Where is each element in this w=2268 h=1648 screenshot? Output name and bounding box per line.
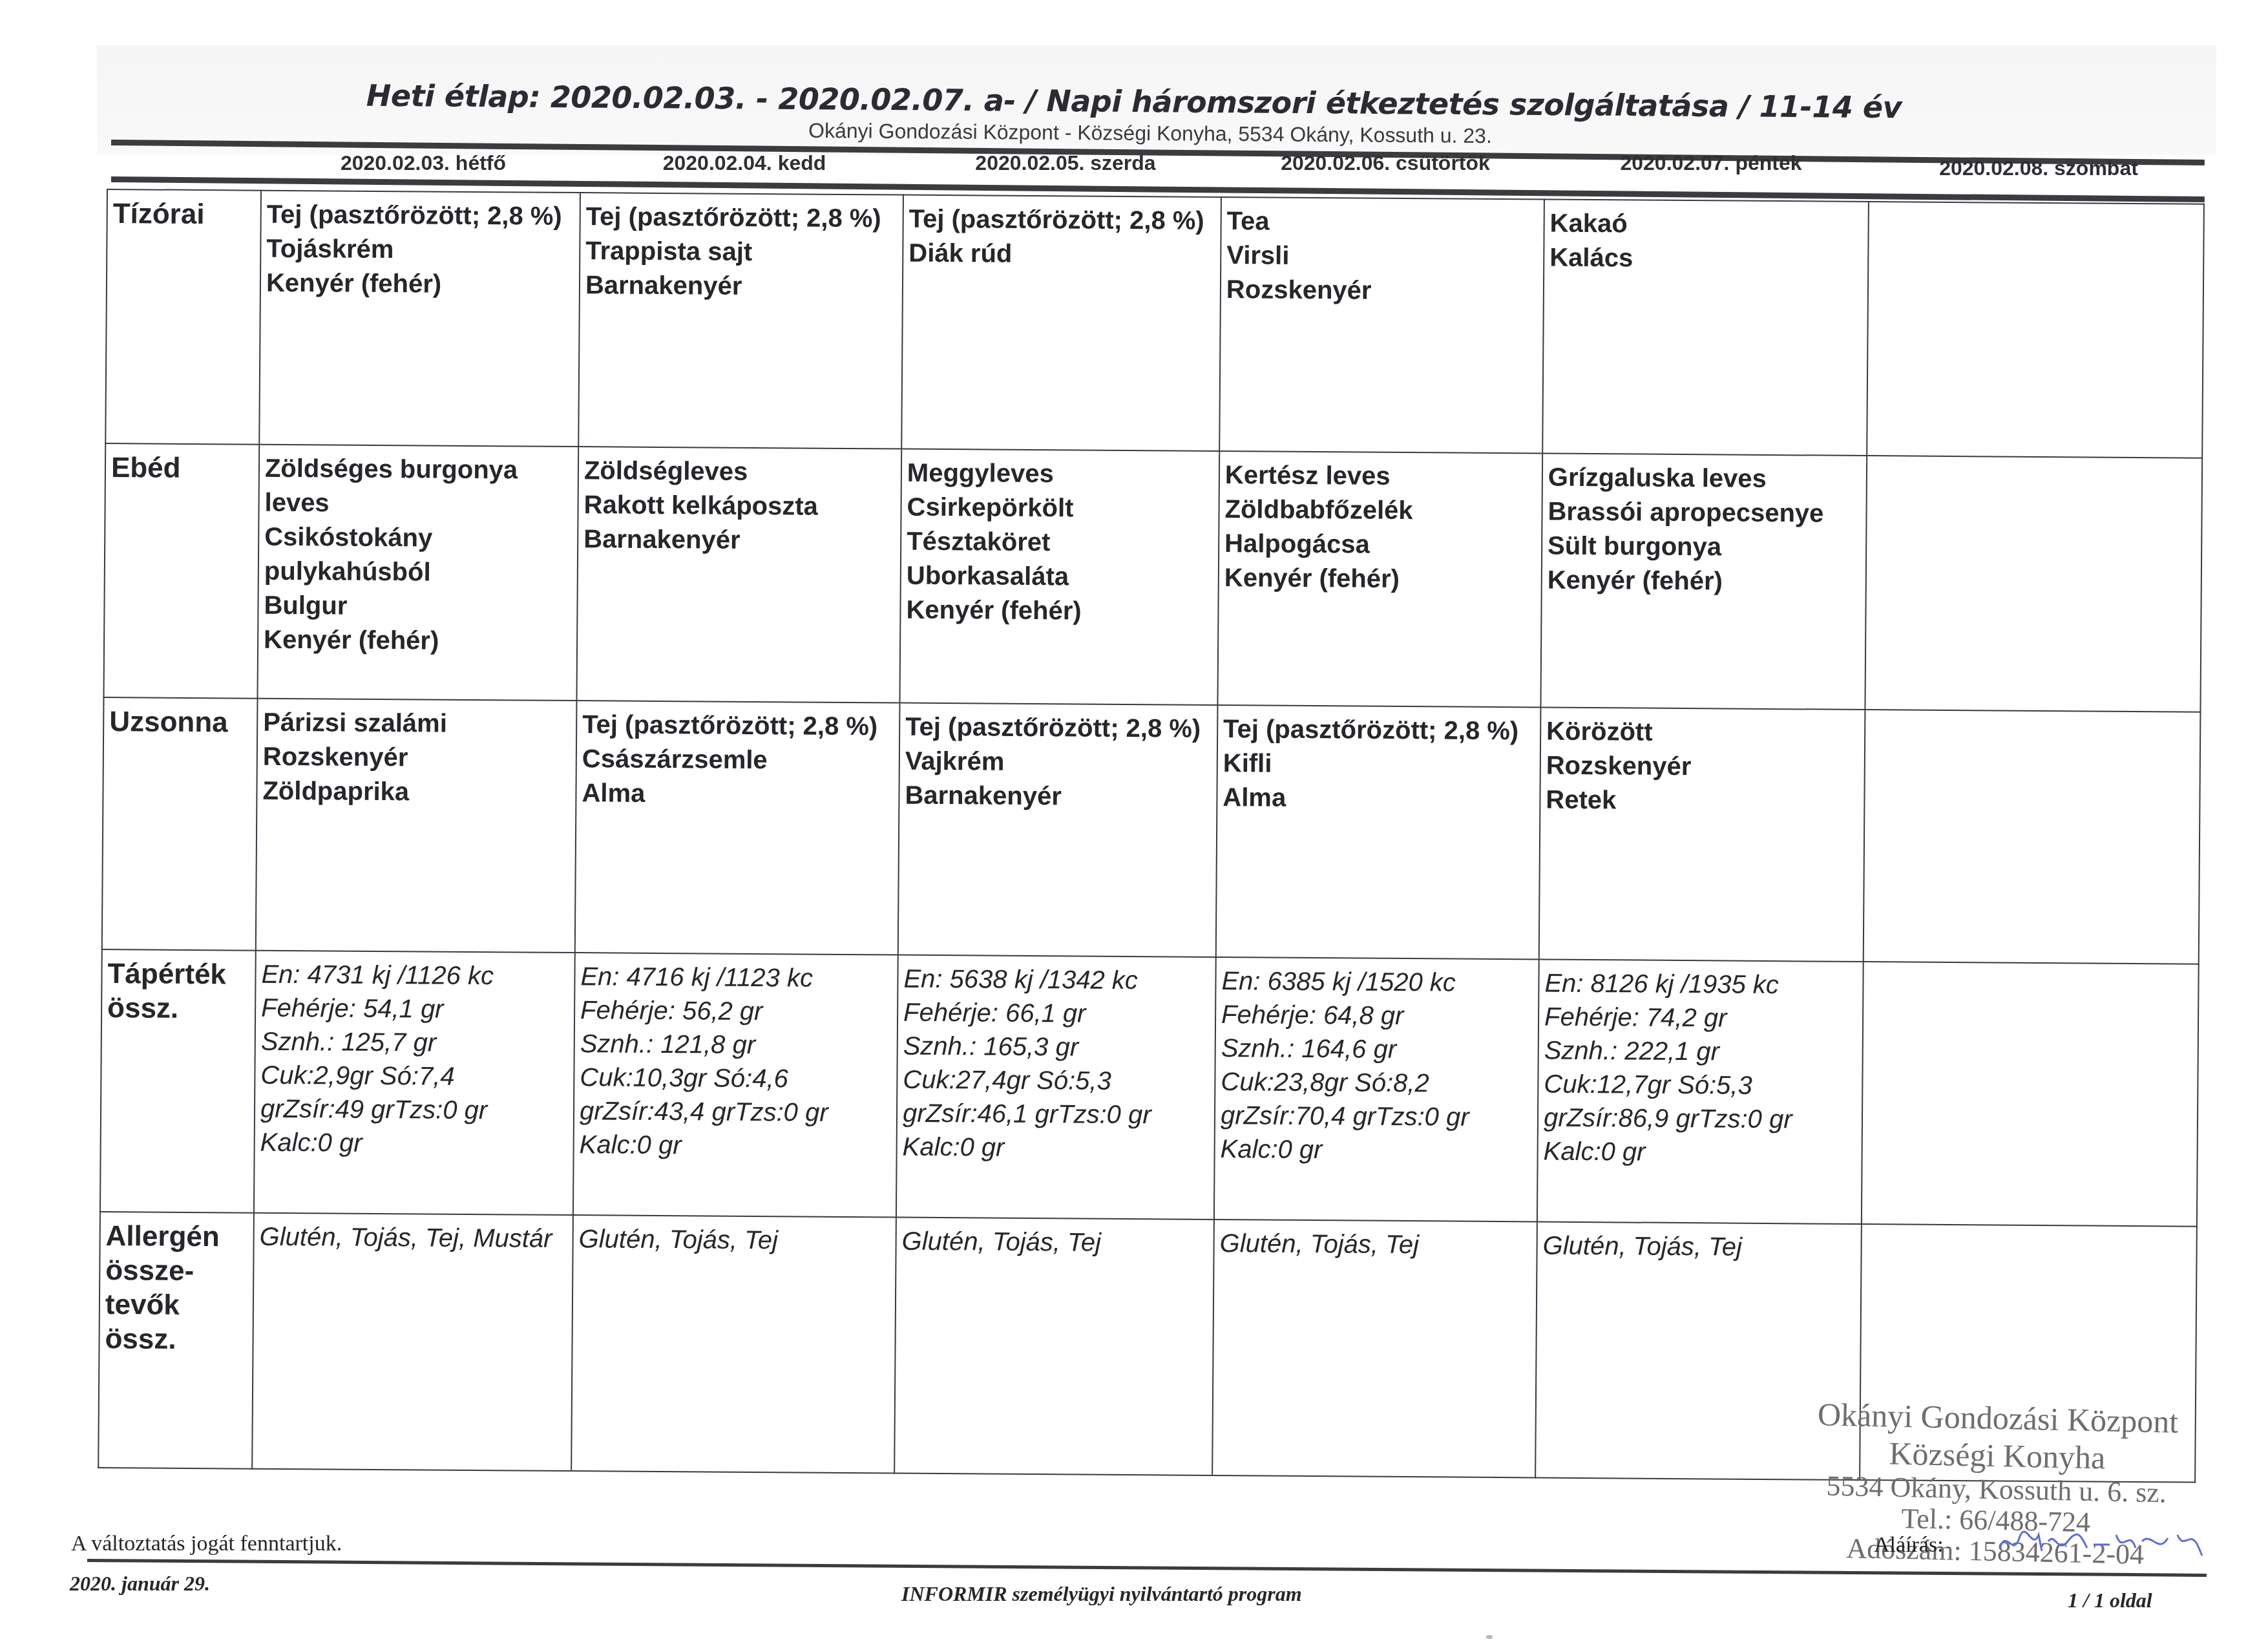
day-header-tuesday: 2020.02.04. kedd [583, 150, 906, 176]
footer-program: INFORMIR személyügyi nyilvántartó progra… [901, 1582, 1302, 1606]
menu-item: Körözött [1546, 715, 1860, 751]
nutrition-value: En: 6385 kj /1520 kc [1221, 964, 1534, 1000]
menu-item: Alma [1223, 781, 1535, 817]
menu-item: Kalács [1549, 241, 1864, 277]
cell-taperték-day-1: En: 4716 kj /1123 kcFehérje: 56,2 grSznh… [573, 953, 898, 1217]
cell-allergen-day-0: Glutén, Tojás, Tej, Mustár [252, 1213, 573, 1471]
cell-allergen-day-3: Glutén, Tojás, Tej [1212, 1220, 1537, 1477]
menu-item: Kenyér (fehér) [1548, 564, 1862, 600]
row-ebed: Ebéd Zöldséges burgonya levesCsikóstokán… [104, 443, 2203, 712]
nutrition-value: En: 4731 kj /1126 kc [261, 958, 570, 993]
nutrition-value: grZsír:86,9 grTzs:0 gr [1544, 1101, 1858, 1137]
nutrition-value: Sznh.: 222,1 gr [1544, 1034, 1858, 1070]
nutrition-value: grZsír:49 grTzs:0 gr [260, 1092, 569, 1128]
nutrition-value: Sznh.: 165,3 gr [903, 1030, 1211, 1065]
cell-ebed-day-2: MeggylevesCsirkepörköltTésztaköretUborka… [899, 449, 1219, 705]
nutrition-value: Cuk:10,3gr Só:4,6 [580, 1061, 892, 1096]
footer-disclaimer: A változtatás jogát fenntartjuk. [71, 1532, 342, 1556]
nutrition-value: Sznh.: 164,6 gr [1221, 1031, 1534, 1067]
scan-speck [1486, 1635, 1493, 1639]
menu-item: Rozskenyér [263, 740, 572, 776]
allergen-list: Glutén, Tojás, Tej, Mustár [260, 1220, 569, 1256]
row-label-tapertek: Tápérték össz. [100, 949, 256, 1213]
nutrition-value: Kalc:0 gr [1220, 1132, 1533, 1168]
menu-item: Kifli [1223, 746, 1536, 783]
menu-item: Zöldségleves [584, 454, 897, 490]
nutrition-value: Kalc:0 gr [902, 1130, 1210, 1166]
nutrition-value: En: 5638 kj /1342 kc [903, 962, 1211, 998]
cell-tizorai-day-0: Tej (pasztőrözött; 2,8 %)TojáskrémKenyér… [259, 191, 580, 447]
row-uzsonna: Uzsonna Párizsi szalámiRozskenyérZöldpap… [102, 697, 2201, 964]
allergen-list: Glutén, Tojás, Tej [578, 1222, 891, 1258]
menu-item: Kenyér (fehér) [264, 623, 572, 659]
menu-item: Császárzsemle [582, 742, 895, 778]
menu-item: Kertész leves [1225, 458, 1538, 494]
menu-item: Tej (pasztőrözött; 2,8 %) [267, 198, 576, 234]
menu-item: Uborkasaláta [907, 559, 1214, 595]
cell-uzsonna-day-4: KörözöttRozskenyérRetek [1539, 708, 1865, 962]
footer-date: 2020. január 29. [70, 1572, 210, 1596]
menu-item: Tej (pasztőrözött; 2,8 %) [586, 200, 899, 236]
nutrition-value: Cuk:2,9gr Só:7,4 [260, 1059, 569, 1094]
menu-item: Csirkepörkölt [907, 491, 1214, 527]
menu-item: Rozskenyér [1226, 273, 1539, 309]
menu-item: Kenyér (fehér) [266, 266, 575, 302]
row-taperték: Tápérték össz. En: 4731 kj /1126 kcFehér… [100, 949, 2199, 1227]
day-header-monday: 2020.02.03. hétfő [265, 150, 582, 176]
nutrition-value: Fehérje: 56,2 gr [580, 993, 893, 1029]
nutrition-value: Sznh.: 121,8 gr [580, 1027, 893, 1062]
menu-item: Meggyleves [907, 456, 1215, 492]
row-label-tizorai: Tízórai [105, 189, 261, 445]
menu-item: Diák rúd [908, 237, 1216, 273]
nutrition-value: grZsír:46,1 grTzs:0 gr [903, 1097, 1210, 1132]
row-tizorai: Tízórai Tej (pasztőrözött; 2,8 %)Tojáskr… [105, 189, 2204, 458]
nutrition-value: Kalc:0 gr [580, 1128, 892, 1163]
nutrition-value: Kalc:0 gr [260, 1126, 569, 1161]
menu-item: Brassói apropecsenye [1548, 495, 1862, 531]
nutrition-value: Fehérje: 66,1 gr [903, 996, 1211, 1031]
cell-tizorai-day-3: TeaVirsliRozskenyér [1219, 197, 1544, 453]
menu-item: Tej (pasztőrözött; 2,8 %) [1223, 712, 1536, 748]
menu-item: Párizsi szalámi [263, 706, 572, 742]
nutrition-value: Cuk:12,7gr Só:5,3 [1544, 1068, 1858, 1103]
menu-item: Kenyér (fehér) [906, 593, 1213, 629]
cell-ebed-day-1: ZöldséglevesRakott kelkáposztaBarnakenyé… [576, 447, 901, 703]
menu-item: Sült burgonya [1548, 529, 1862, 565]
cell-uzsonna-day-0: Párizsi szalámiRozskenyérZöldpaprika [256, 699, 577, 953]
signature-scribble-icon [1997, 1522, 2210, 1561]
menu-item: Tej (pasztőrözött; 2,8 %) [905, 710, 1213, 746]
menu-item: Bulgur [264, 589, 572, 625]
cell-taperték-day-3: En: 6385 kj /1520 kcFehérje: 64,8 grSznh… [1214, 957, 1539, 1221]
nutrition-value: grZsír:70,4 grTzs:0 gr [1221, 1099, 1533, 1134]
footer-page-number: 1 / 1 oldal [2068, 1589, 2152, 1612]
menu-item: Virsli [1226, 238, 1539, 275]
menu-item: Zöldséges burgonya leves [264, 452, 574, 522]
allergen-list: Glutén, Tojás, Tej [1219, 1227, 1532, 1262]
cell-taperték-day-4: En: 8126 kj /1935 kcFehérje: 74,2 grSznh… [1537, 960, 1864, 1224]
cell-uzsonna-day-2: Tej (pasztőrözött; 2,8 %)VajkrémBarnaken… [898, 703, 1218, 957]
row-label-uzsonna: Uzsonna [102, 697, 258, 951]
menu-item: Retek [1546, 783, 1860, 819]
menu-item: Barnakenyér [585, 268, 898, 304]
menu-item: Tej (pasztőrözött; 2,8 %) [582, 708, 895, 744]
nutrition-value: Fehérje: 54,1 gr [261, 991, 570, 1027]
cell-tizorai-day-5 [1867, 202, 2204, 458]
menu-item: Csikóstokány pulykahúsból [264, 520, 574, 591]
cell-ebed-day-5 [1865, 456, 2202, 712]
cell-uzsonna-day-1: Tej (pasztőrözött; 2,8 %)CsászárzsemleAl… [575, 701, 900, 955]
cell-tizorai-day-1: Tej (pasztőrözött; 2,8 %)Trappista sajtB… [578, 193, 903, 449]
menu-item: Grízgaluska leves [1548, 461, 1862, 497]
menu-item: Kakaó [1549, 207, 1864, 243]
allergen-list: Glutén, Tojás, Tej [901, 1225, 1209, 1260]
menu-item: Rakott kelkáposzta [583, 488, 896, 524]
day-header-saturday: 2020.02.08. szombat [1874, 155, 2203, 181]
menu-item: Vajkrém [905, 745, 1213, 781]
day-header-thursday: 2020.02.06. csütörtök [1224, 150, 1547, 176]
cell-taperték-day-5 [1862, 962, 2199, 1227]
day-header-wednesday: 2020.02.05. szerda [907, 150, 1224, 176]
menu-item: Barnakenyér [583, 522, 896, 558]
nutrition-value: Fehérje: 74,2 gr [1544, 1000, 1858, 1036]
menu-item: Alma [582, 776, 894, 812]
menu-item: Tésztaköret [907, 525, 1214, 561]
cell-ebed-day-4: Grízgaluska levesBrassói apropecsenyeSül… [1540, 454, 1867, 710]
signature-label: Aláírás: [1874, 1533, 1944, 1558]
menu-item: Tej (pasztőrözött; 2,8 %) [909, 202, 1217, 238]
weekly-menu-table: Tízórai Tej (pasztőrözött; 2,8 %)Tojáskr… [98, 189, 2205, 1483]
row-label-ebed: Ebéd [104, 443, 260, 699]
nutrition-value: Kalc:0 gr [1543, 1135, 1857, 1170]
menu-item: Kenyér (fehér) [1224, 561, 1537, 597]
cell-uzsonna-day-3: Tej (pasztőrözött; 2,8 %)KifliAlma [1216, 705, 1541, 959]
nutrition-value: En: 4716 kj /1123 kc [580, 960, 893, 995]
row-label-allergen: Allergén össze- tevők össz. [98, 1212, 254, 1469]
day-header-friday: 2020.02.07. péntek [1549, 150, 1873, 176]
nutrition-value: Cuk:27,4gr Só:5,3 [903, 1063, 1210, 1099]
menu-item: Zöldbabfőzelék [1224, 492, 1537, 529]
cell-uzsonna-day-5 [1864, 710, 2201, 964]
nutrition-value: Fehérje: 64,8 gr [1221, 998, 1534, 1033]
cell-allergen-day-1: Glutén, Tojás, Tej [571, 1215, 896, 1473]
menu-item: Rozskenyér [1546, 749, 1860, 785]
menu-item: Halpogácsa [1224, 527, 1537, 563]
menu-item: Trappista sajt [585, 234, 898, 270]
cell-taperték-day-0: En: 4731 kj /1126 kcFehérje: 54,1 grSznh… [254, 951, 575, 1215]
cell-taperték-day-2: En: 5638 kj /1342 kcFehérje: 66,1 grSznh… [896, 955, 1216, 1220]
menu-item: Tojáskrém [266, 232, 575, 268]
menu-item: Tea [1227, 204, 1540, 240]
cell-ebed-day-3: Kertész levesZöldbabfőzelékHalpogácsaKen… [1217, 451, 1542, 707]
nutrition-value: Cuk:23,8gr Só:8,2 [1221, 1065, 1533, 1101]
menu-item: Barnakenyér [905, 779, 1212, 815]
cell-tizorai-day-2: Tej (pasztőrözött; 2,8 %)Diák rúd [901, 195, 1221, 451]
cell-ebed-day-0: Zöldséges burgonya levesCsikóstokány pul… [257, 445, 578, 701]
nutrition-value: En: 8126 kj /1935 kc [1544, 967, 1858, 1002]
cell-tizorai-day-4: KakaóKalács [1542, 200, 1869, 456]
menu-item: Zöldpaprika [262, 774, 571, 810]
cell-allergen-day-2: Glutén, Tojás, Tej [894, 1218, 1214, 1475]
allergen-list: Glutén, Tojás, Tej [1542, 1229, 1856, 1265]
nutrition-value: Sznh.: 125,7 gr [261, 1025, 570, 1061]
nutrition-value: grZsír:43,4 grTzs:0 gr [580, 1094, 892, 1130]
